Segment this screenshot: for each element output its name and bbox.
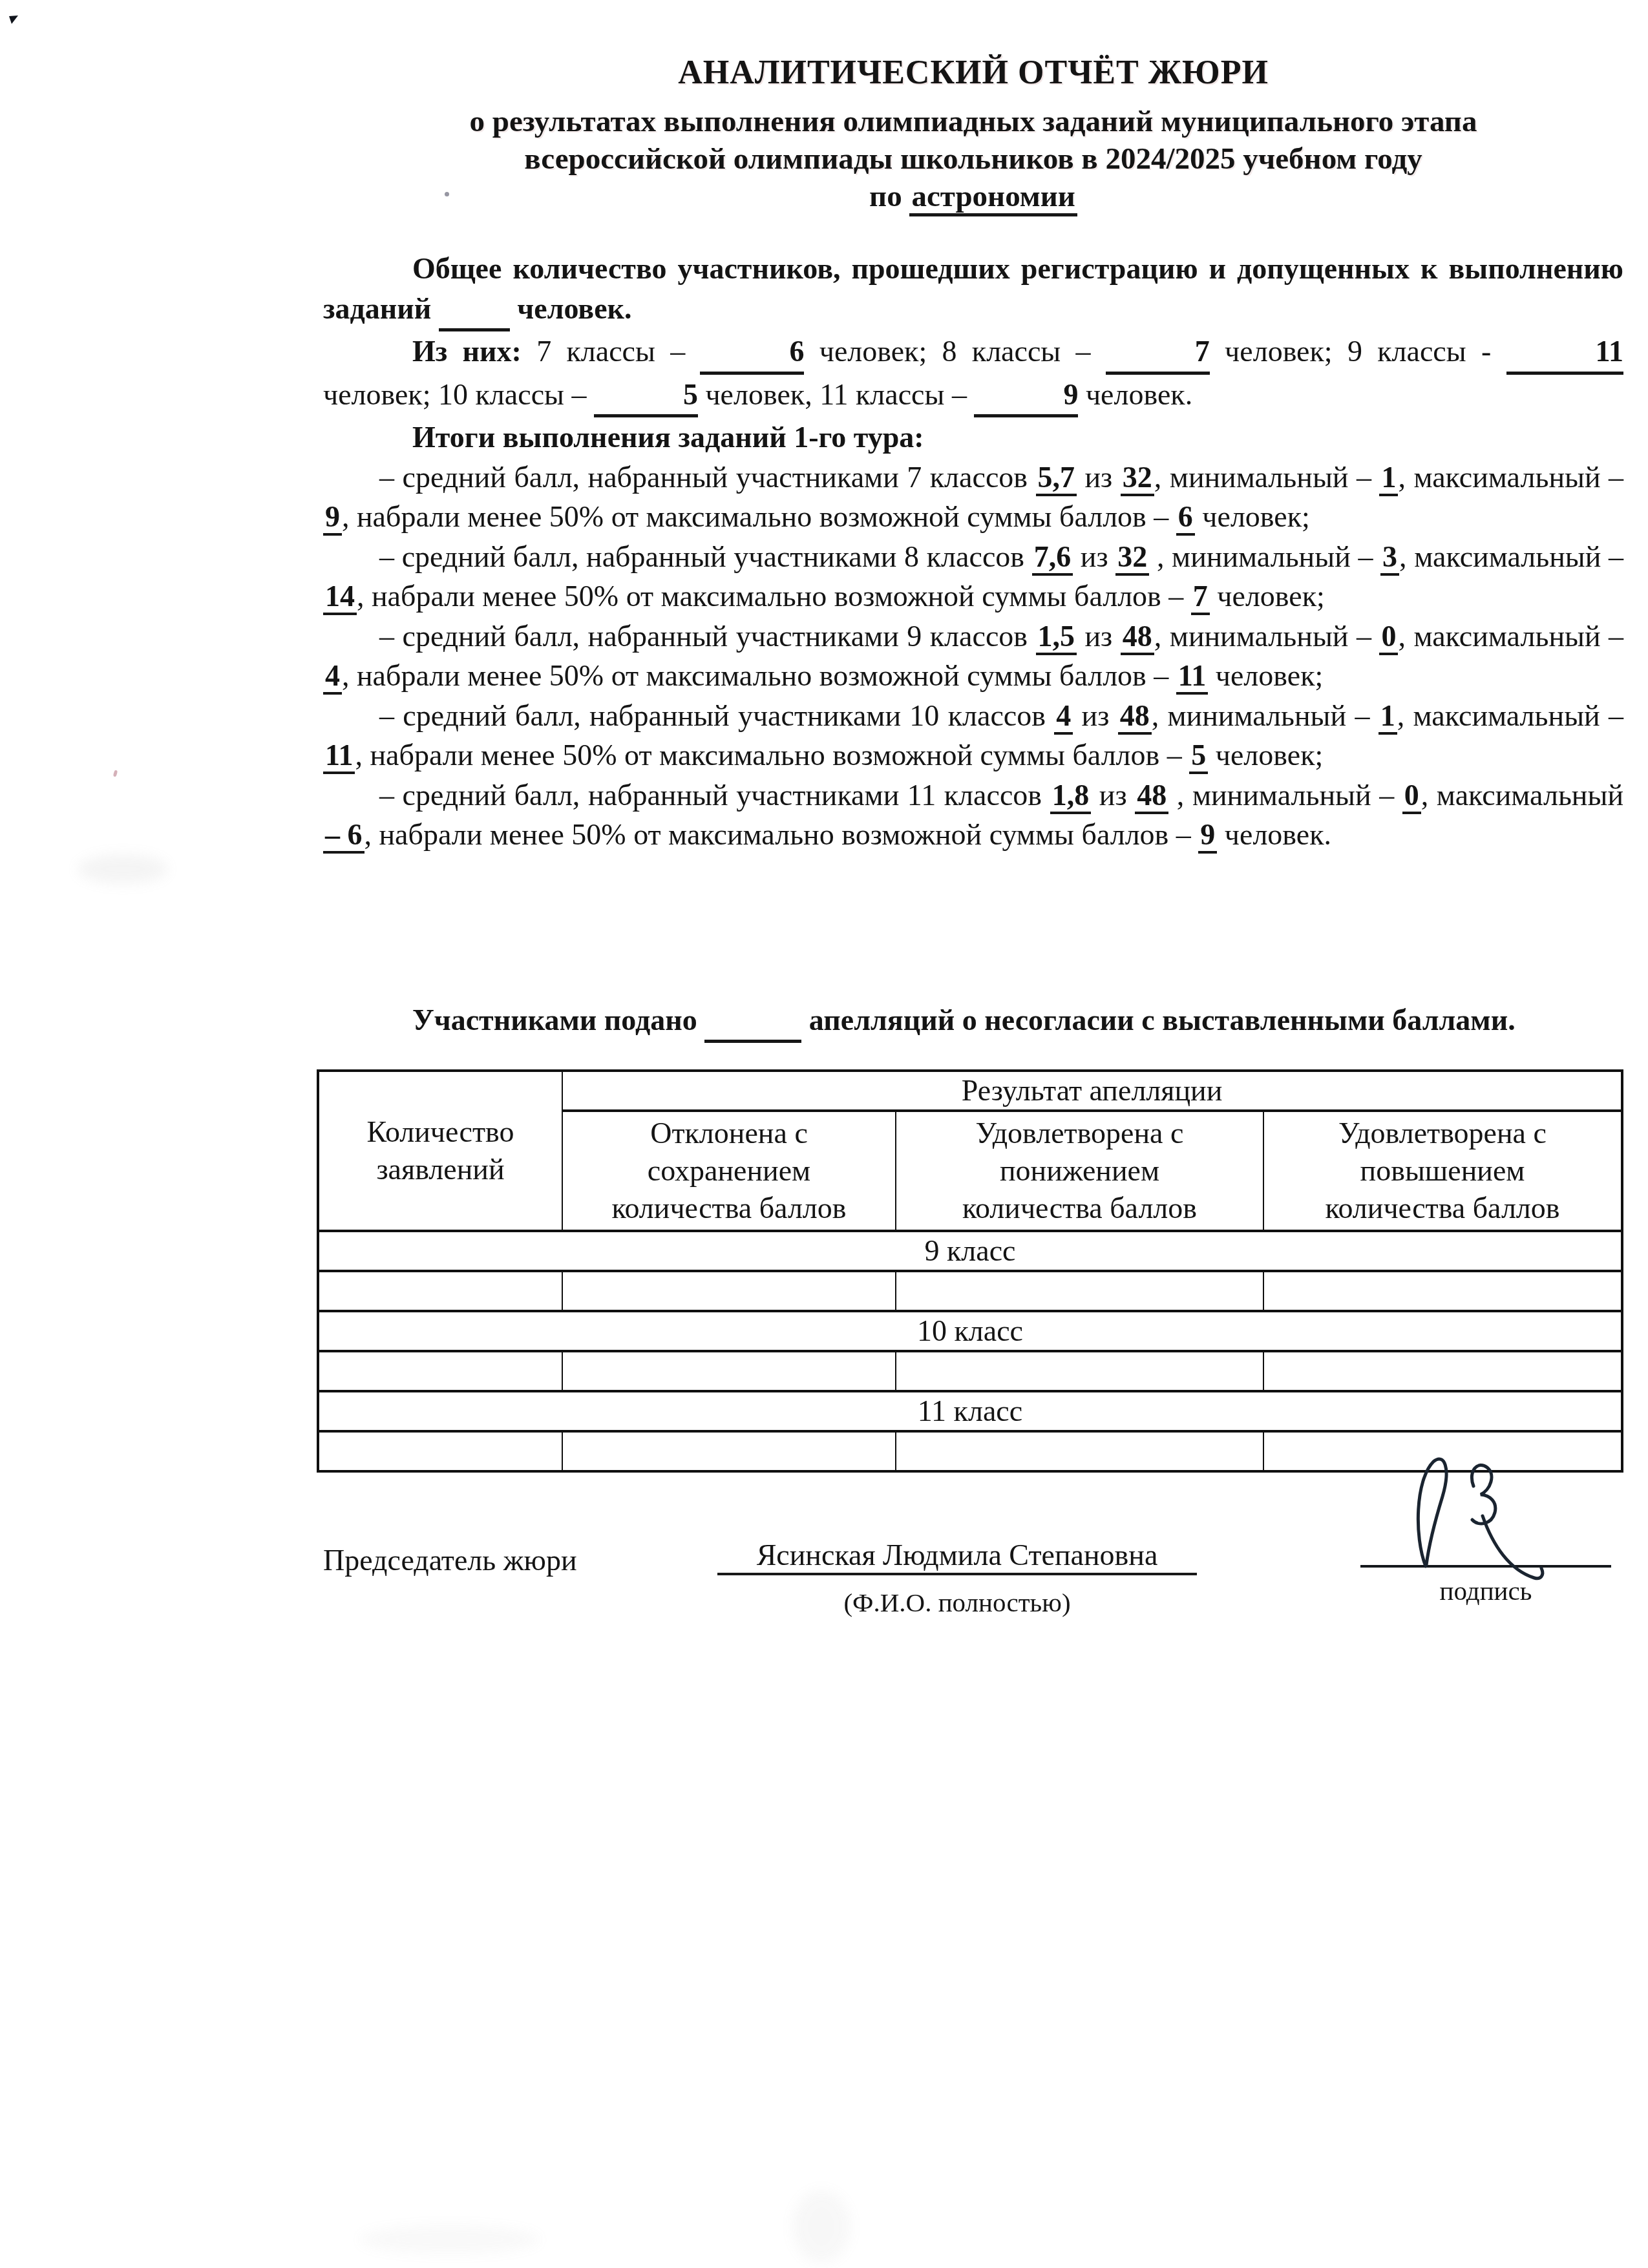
filled-in-value: 5 — [594, 375, 698, 418]
filled-in-value: 5 — [1189, 739, 1208, 774]
handwritten-signature — [1375, 1440, 1569, 1595]
table-section-grade10: 10 класс — [318, 1311, 1622, 1351]
text-segment: , минимальный – — [1149, 540, 1380, 573]
empty-cell — [896, 1271, 1263, 1311]
text-segment: из — [1073, 540, 1115, 573]
filled-in-value: 32 — [1121, 461, 1154, 496]
text-segment: , максимальный – — [1398, 620, 1623, 653]
text-segment: , набрали менее 50% от максимально возмо… — [357, 580, 1191, 613]
document-title-line-1: АНАЛИТИЧЕСКИЙ ОТЧЁТ ЖЮРИ — [323, 53, 1623, 93]
text-segment: , минимальный – — [1168, 779, 1402, 812]
filled-in-value: 11 — [323, 739, 355, 774]
text-segment: – средний балл, набранный участниками 11… — [379, 779, 1050, 812]
text-segment: , набрали менее 50% от максимально возмо… — [342, 500, 1176, 533]
document-title-line-4: по астрономии — [323, 178, 1623, 215]
filled-in-value: 4 — [1054, 699, 1073, 735]
text-segment: человек; 8 классы – — [804, 335, 1105, 368]
filled-in-value: 6 — [1176, 500, 1195, 536]
table-subheader-satisfied-lowered: Удовлетворена с понижением количества ба… — [896, 1111, 1263, 1231]
text-segment: , максимальный — [1421, 779, 1623, 812]
filled-in-value: 4 — [323, 659, 342, 695]
filled-in-value: 1,8 — [1050, 779, 1092, 814]
text-segment: , минимальный – — [1154, 461, 1380, 494]
empty-cell — [318, 1351, 562, 1391]
empty-cell — [318, 1271, 562, 1311]
text-segment: – средний балл, набранный участниками 10… — [379, 699, 1054, 732]
text-segment: человек. — [1078, 378, 1192, 411]
filled-in-value: – 6 — [323, 818, 364, 854]
appeals-count-line: Участниками подано апелляций о несогласи… — [323, 1000, 1623, 1043]
text-segment: человек, 11 классы – — [698, 378, 974, 411]
empty-cell — [562, 1351, 896, 1391]
filled-in-value: 11 — [1176, 659, 1208, 695]
text-segment: Из них: — [412, 335, 536, 368]
text-segment: , максимальный – — [1399, 540, 1623, 573]
document-title-line-2: о результатах выполнения олимпиадных зад… — [323, 103, 1623, 140]
table-section-grade11: 11 класс — [318, 1391, 1622, 1431]
blank-underline — [439, 289, 510, 332]
empty-cell — [896, 1431, 1263, 1471]
filled-in-value: 9 — [1198, 818, 1217, 854]
bullet-grade7: – средний балл, набранный участниками 7 … — [323, 457, 1623, 537]
text-segment: человек; — [1210, 580, 1325, 613]
table-section-grade9: 9 класс — [318, 1231, 1622, 1271]
text-segment: – средний балл, набранный участниками 9 … — [379, 620, 1036, 653]
intro-paragraph: Общее количество участников, прошедших р… — [323, 249, 1623, 331]
table-row-grade9-values — [318, 1271, 1622, 1311]
filled-in-value: 7 — [1106, 331, 1210, 375]
participants-by-grade-line: Из них: 7 классы – 6 человек; 8 классы –… — [323, 331, 1623, 417]
text-segment: человек; 10 классы – — [323, 378, 594, 411]
filled-in-value: 9 — [974, 375, 1078, 418]
scan-speck — [113, 770, 118, 777]
filled-in-value: 1 — [1379, 461, 1398, 496]
text-segment: , максимальный – — [1397, 699, 1623, 732]
empty-cell — [562, 1431, 896, 1471]
filled-in-value: 48 — [1118, 699, 1152, 735]
text-segment: , набрали менее 50% от максимально возмо… — [364, 818, 1199, 851]
text-segment: , набрали менее 50% от максимально возмо… — [355, 739, 1189, 772]
empty-cell — [1263, 1271, 1622, 1311]
text-segment: из — [1073, 699, 1117, 732]
bullet-grade10: – средний балл, набранный участниками 10… — [323, 696, 1623, 775]
subject-name-underlined: астрономии — [909, 180, 1077, 216]
bullet-grade11: – средний балл, набранный участниками 11… — [323, 775, 1623, 855]
bullet-grade9: – средний балл, набранный участниками 9 … — [323, 616, 1623, 696]
text-segment: , максимальный – — [1398, 461, 1623, 494]
text-segment: человек; — [1208, 659, 1323, 692]
filled-in-value: 48 — [1135, 779, 1168, 814]
report-body: Общее количество участников, прошедших р… — [323, 249, 1623, 855]
blank-underline — [704, 1000, 801, 1043]
filled-in-value: 7,6 — [1032, 540, 1073, 576]
filled-in-value: 1 — [1379, 699, 1397, 735]
filled-in-value: 32 — [1115, 540, 1149, 576]
document-title-line-3: всероссийской олимпиады школьников в 202… — [323, 140, 1623, 178]
filled-in-value: 6 — [700, 331, 804, 375]
text-segment: человек; — [1195, 500, 1310, 533]
text-segment: человек. — [1217, 818, 1331, 851]
text-segment: из — [1077, 620, 1121, 653]
text-segment: человек. — [510, 292, 632, 325]
text-segment: человек; — [1208, 739, 1323, 772]
text-segment: человек; 9 классы - — [1210, 335, 1506, 368]
bullet-grade8: – средний балл, набранный участниками 8 … — [323, 537, 1623, 616]
empty-cell — [896, 1351, 1263, 1391]
corner-scan-mark — [9, 16, 18, 25]
signature-name-caption: (Ф.И.О. полностью) — [717, 1587, 1197, 1618]
text-segment: , минимальный – — [1154, 620, 1380, 653]
filled-in-value: 1,5 — [1036, 620, 1077, 655]
filled-in-value: 5,7 — [1036, 461, 1077, 496]
filled-in-value: 14 — [323, 580, 357, 615]
table-subheader-satisfied-raised: Удовлетворена с повышением количества ба… — [1263, 1111, 1622, 1231]
text-segment: , набрали менее 50% от максимально возмо… — [342, 659, 1176, 692]
table-subheader-declined: Отклонена с сохранением количества балло… — [562, 1111, 896, 1231]
scanned-report-page: АНАЛИТИЧЕСКИЙ ОТЧЁТ ЖЮРИ о результатах в… — [0, 0, 1648, 2268]
text-segment: – средний балл, набранный участниками 7 … — [379, 461, 1036, 494]
subject-prefix: по — [869, 180, 909, 213]
text-segment: – средний балл, набранный участниками 8 … — [379, 540, 1032, 573]
empty-cell — [562, 1271, 896, 1311]
scan-smudge — [792, 2190, 850, 2263]
filled-in-value: 48 — [1121, 620, 1154, 655]
table-row-grade10-values — [318, 1351, 1622, 1391]
text-segment: апелляций о несогласии с выставленными б… — [801, 1003, 1515, 1036]
filled-in-value: 11 — [1506, 331, 1623, 375]
text-segment: из — [1091, 779, 1135, 812]
appeals-table: Количество заявлений Результат апелляции… — [317, 1069, 1623, 1473]
text-segment: из — [1077, 461, 1121, 494]
empty-cell — [1263, 1351, 1622, 1391]
filled-in-value: 0 — [1379, 620, 1398, 655]
filled-in-value: 3 — [1380, 540, 1399, 576]
filled-in-value: 7 — [1191, 580, 1210, 615]
signature-role-label: Председатель жюри — [323, 1543, 577, 1578]
text-segment: 7 классы – — [536, 335, 700, 368]
empty-cell — [318, 1431, 562, 1471]
scan-smudge — [78, 854, 168, 884]
filled-in-value: 0 — [1402, 779, 1421, 814]
text-segment: Участниками подано — [412, 1003, 704, 1036]
table-header-applications-count: Количество заявлений — [318, 1071, 562, 1231]
signature-name: Ясинская Людмила Степановна — [717, 1539, 1197, 1575]
filled-in-value: 9 — [323, 500, 342, 536]
round1-results-heading: Итоги выполнения заданий 1-го тура: — [323, 417, 1623, 457]
table-header-appeal-result: Результат апелляции — [562, 1071, 1622, 1111]
text-segment: , минимальный – — [1152, 699, 1379, 732]
scan-smudge — [359, 2225, 540, 2254]
